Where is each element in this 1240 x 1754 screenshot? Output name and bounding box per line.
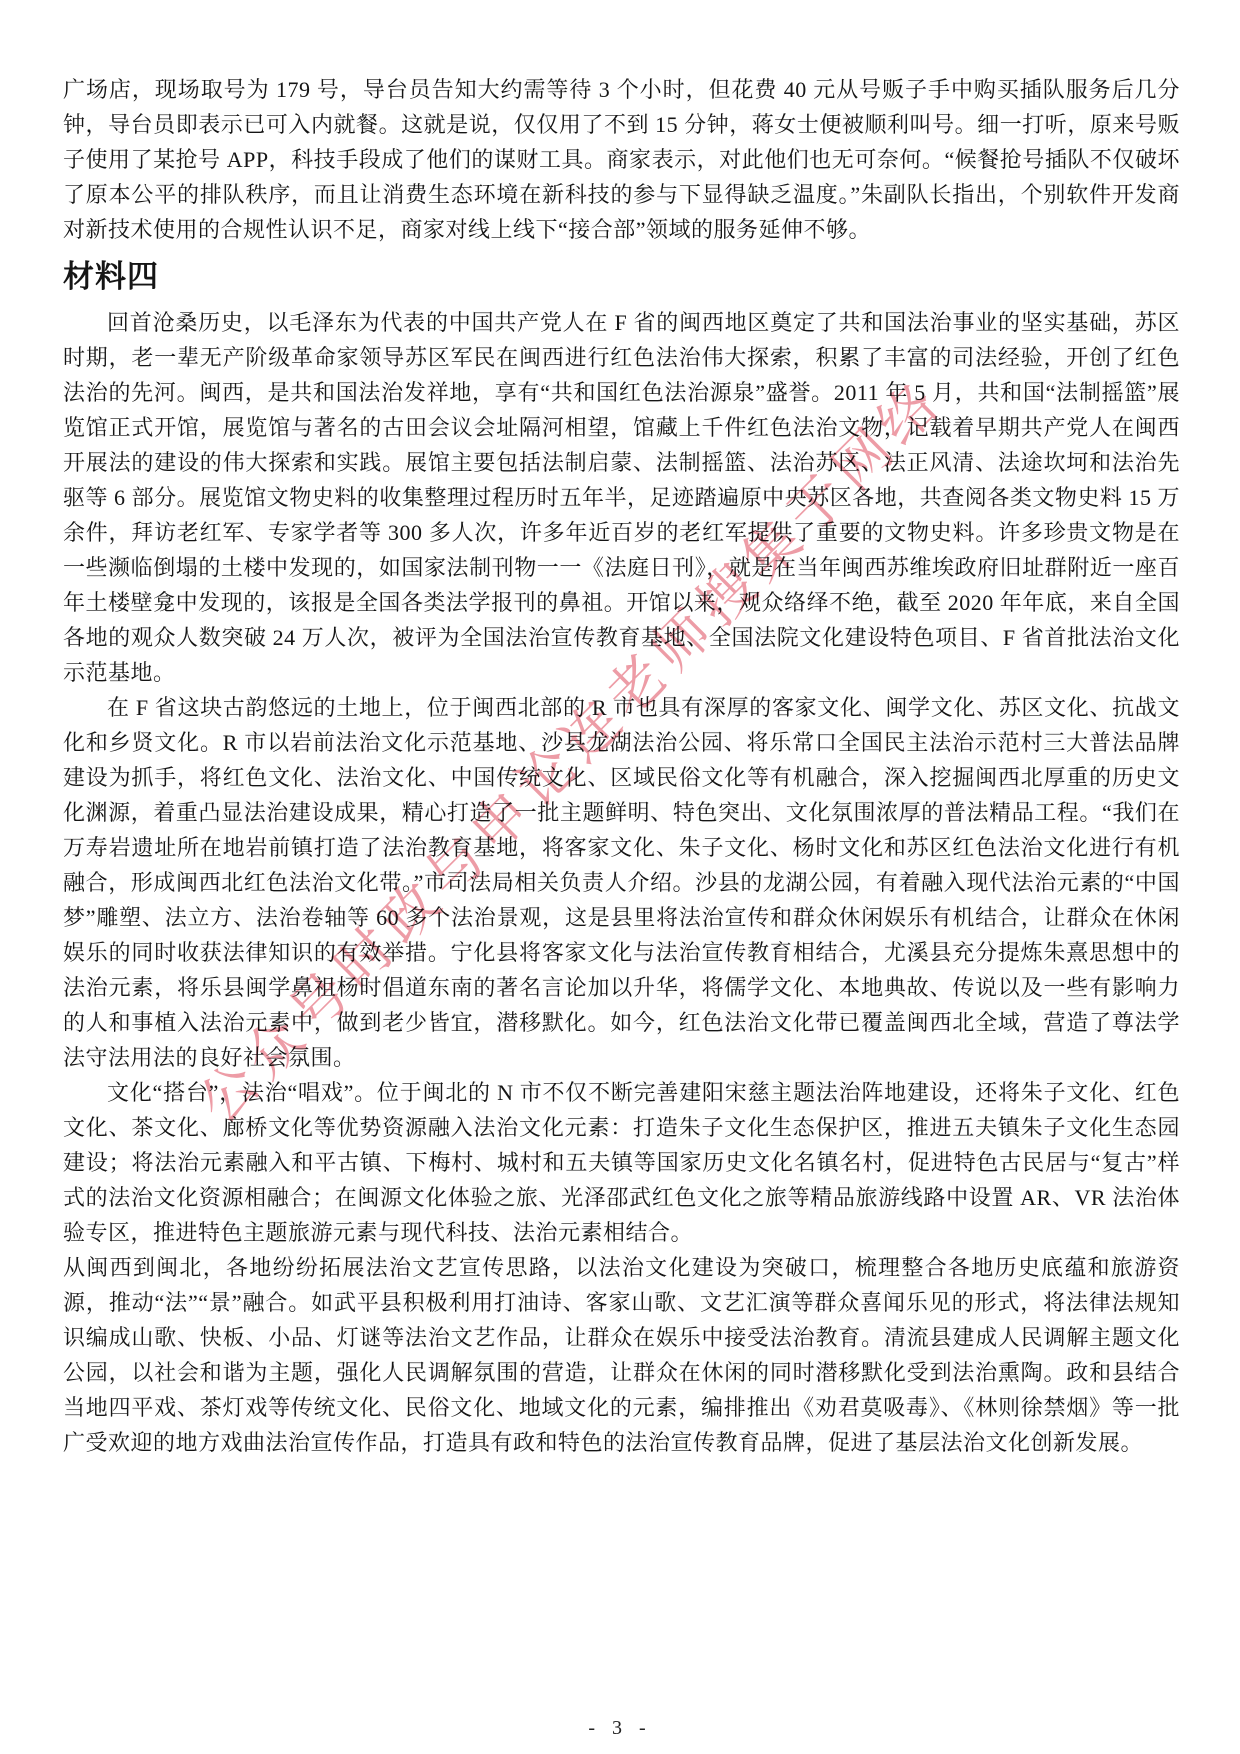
paragraph-r-city: 在 F 省这块古韵悠远的土地上，位于闽西北部的 R 市也具有深厚的客家文化、闽学… — [63, 690, 1180, 1075]
paragraph-n-city: 文化“搭台”，法治“唱戏”。位于闽北的 N 市不仅不断完善建阳宋慈主题法治阵地建… — [63, 1075, 1180, 1250]
section-heading: 材料四 — [63, 256, 1180, 298]
document-body: 广场店，现场取号为 179 号，导台员告知大约需等待 3 个小时，但花费 40 … — [63, 72, 1180, 1460]
paragraph-continuation: 广场店，现场取号为 179 号，导台员告知大约需等待 3 个小时，但花费 40 … — [63, 72, 1180, 247]
document-page: 公众号时政与申论连老师搜集于网络 广场店，现场取号为 179 号，导台员告知大约… — [0, 0, 1240, 1754]
paragraph-history: 回首沧桑历史，以毛泽东为代表的中国共产党人在 F 省的闽西地区奠定了共和国法治事… — [63, 305, 1180, 690]
paragraph-minxi-minbei: 从闽西到闽北，各地纷纷拓展法治文艺宣传思路，以法治文化建设为突破口，梳理整合各地… — [63, 1250, 1180, 1460]
page-number: - 3 - — [0, 1717, 1240, 1740]
